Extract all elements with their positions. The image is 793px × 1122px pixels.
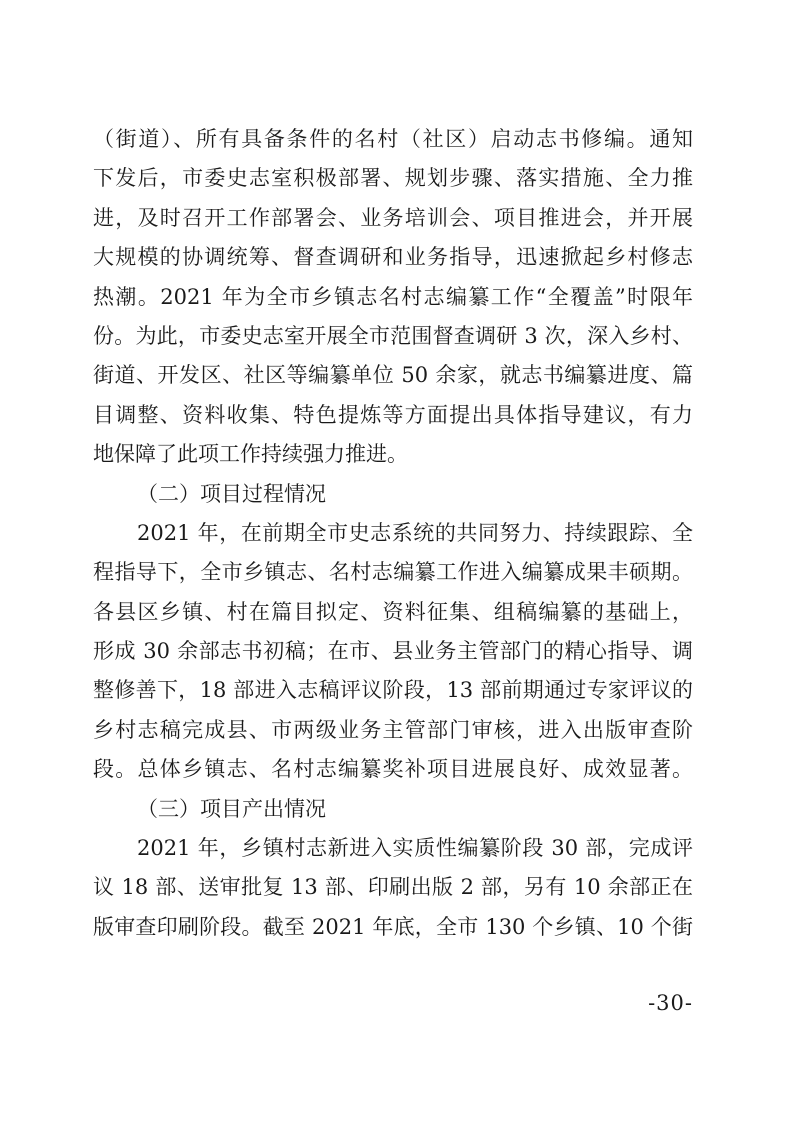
text-line: 整修善下，18 部进入志稿评议阶段，13 部前期通过专家评议的 xyxy=(93,671,693,710)
text-line: 街道、开发区、社区等编纂单位 50 余家，就志书编纂进度、篇 xyxy=(93,356,693,395)
text-line: 2021 年，乡镇村志新进入实质性编纂阶段 30 部，完成评 xyxy=(93,829,693,868)
text-line: 乡村志稿完成县、市两级业务主管部门审核，进入出版审查阶 xyxy=(93,711,693,750)
text-line: 版审查印刷阶段。截至 2021 年底，全市 130 个乡镇、10 个街 xyxy=(93,908,693,947)
text-line: 热潮。2021 年为全市乡镇志名村志编纂工作“全覆盖”时限年 xyxy=(93,278,693,317)
text-line: 地保障了此项工作持续强力推进。 xyxy=(93,435,693,474)
section-heading-2: （二）项目过程情况 xyxy=(93,475,693,514)
page-number: -30- xyxy=(93,988,693,1018)
text-line: 段。总体乡镇志、名村志编纂奖补项目进展良好、成效显著。 xyxy=(93,750,693,789)
text-line: 2021 年，在前期全市史志系统的共同努力、持续跟踪、全 xyxy=(93,514,693,553)
text-line: （街道）、所有具备条件的名村（社区）启动志书修编。通知 xyxy=(93,120,693,159)
text-line: 目调整、资料收集、特色提炼等方面提出具体指导建议，有力 xyxy=(93,396,693,435)
text-line: 下发后，市委史志室积极部署、规划步骤、落实措施、全力推 xyxy=(93,159,693,198)
text-line: 进，及时召开工作部署会、业务培训会、项目推进会，并开展 xyxy=(93,199,693,238)
text-line: 大规模的协调统筹、督查调研和业务指导，迅速掀起乡村修志 xyxy=(93,238,693,277)
text-line: 形成 30 余部志书初稿；在市、县业务主管部门的精心指导、调 xyxy=(93,632,693,671)
text-block: （街道）、所有具备条件的名村（社区）启动志书修编。通知 下发后，市委史志室积极部… xyxy=(93,120,693,947)
section-heading-3: （三）项目产出情况 xyxy=(93,790,693,829)
text-line: 程指导下，全市乡镇志、名村志编纂工作进入编纂成果丰硕期。 xyxy=(93,553,693,592)
document-page: （街道）、所有具备条件的名村（社区）启动志书修编。通知 下发后，市委史志室积极部… xyxy=(0,0,793,1122)
text-line: 份。为此，市委史志室开展全市范围督查调研 3 次，深入乡村、 xyxy=(93,317,693,356)
text-line: 议 18 部、送审批复 13 部、印刷出版 2 部，另有 10 余部正在出 xyxy=(93,868,693,907)
text-line: 各县区乡镇、村在篇目拟定、资料征集、组稿编纂的基础上， xyxy=(93,593,693,632)
